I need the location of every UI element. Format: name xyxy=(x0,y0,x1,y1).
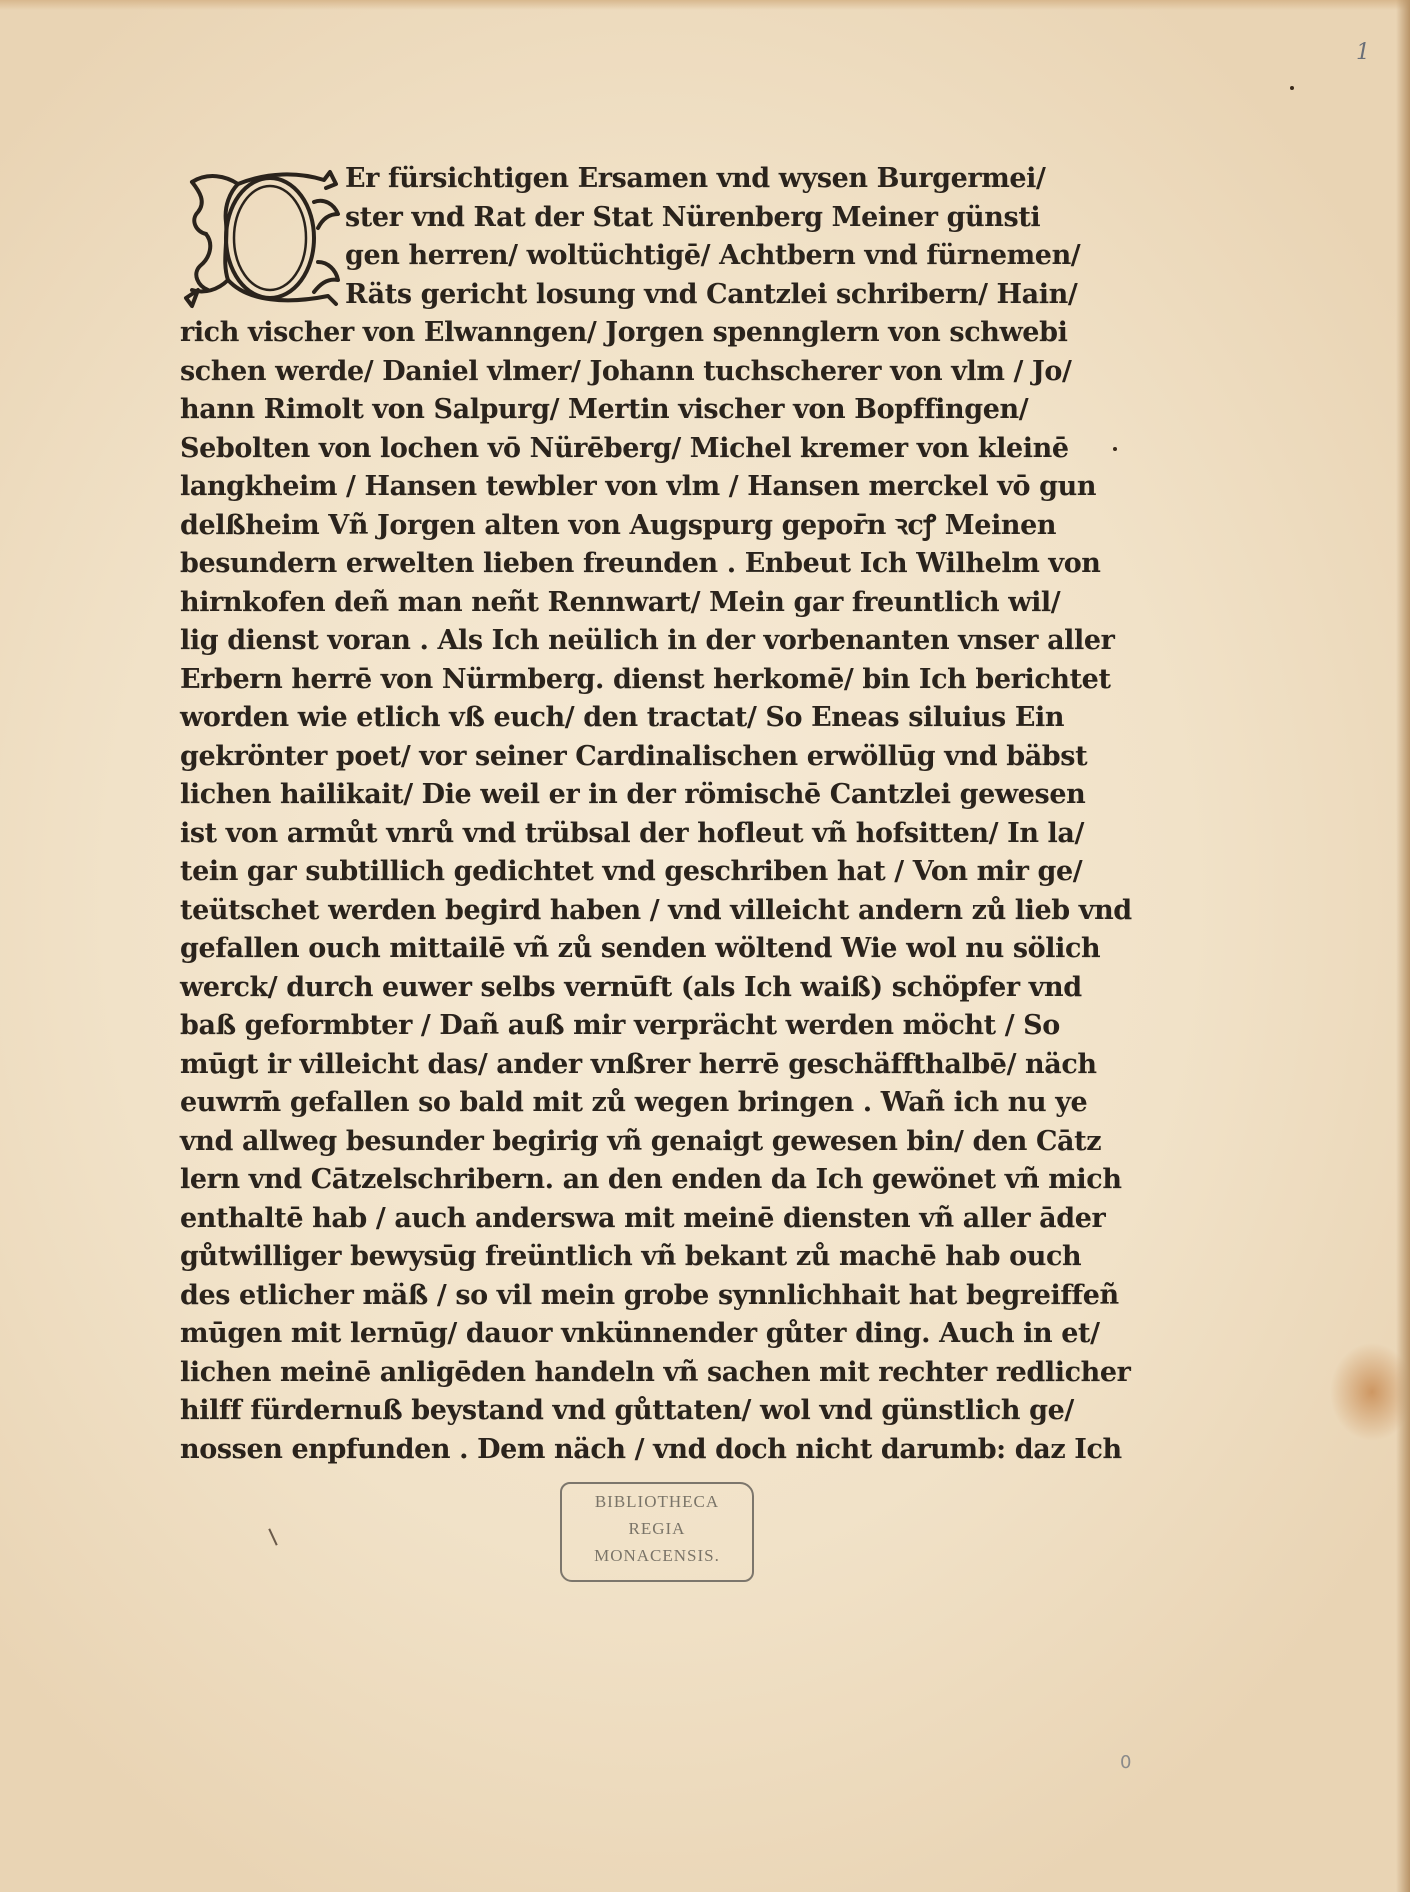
text-line: gefallen ouch mittailē vñ zů senden wölt… xyxy=(180,930,1080,969)
text-line: lichen meinē anligēden handeln vñ sachen… xyxy=(180,1354,1080,1393)
text-line: werck/ durch euwer selbs vernūft (als Ic… xyxy=(180,969,1080,1008)
text-line: vnd allweg besunder begirig vñ genaigt g… xyxy=(180,1123,1080,1162)
text-line: tein gar subtillich gedichtet vnd geschr… xyxy=(180,853,1080,892)
manuscript-page: 1 Er fürsichtigen Ersamen vnd wysen Burg… xyxy=(0,0,1410,1892)
stamp-line: BIBLIOTHECA xyxy=(562,1488,752,1515)
text-line: worden wie etlich vß euch/ den tractat/ … xyxy=(180,699,1080,738)
ink-speck xyxy=(1290,86,1294,90)
stamp-line: MONACENSIS. xyxy=(562,1542,752,1569)
page-top-edge xyxy=(0,0,1410,10)
text-line: des etlicher mäß / so vil mein grobe syn… xyxy=(180,1277,1080,1316)
text-line: mūgen mit lernūg/ dauor vnkünnender gůte… xyxy=(180,1315,1080,1354)
text-line: langkheim / Hansen tewbler von vlm / Han… xyxy=(180,468,1080,507)
folio-number: 1 xyxy=(1356,40,1370,65)
text-line: Erbern herrē von Nürmberg. dienst herkom… xyxy=(180,661,1080,700)
text-line: gůtwilliger bewysūg freüntlich vñ bekant… xyxy=(180,1238,1080,1277)
text-line: schen werde/ Daniel vlmer/ Johann tuchsc… xyxy=(180,353,1080,392)
text-line: lichen hailikait/ Die weil er in der röm… xyxy=(180,776,1080,815)
stamp-line: REGIA xyxy=(562,1515,752,1542)
text-line: Sebolten von lochen vō Nürēberg/ Michel … xyxy=(180,430,1080,469)
text-line: teütschet werden begird haben / vnd vill… xyxy=(180,892,1080,931)
text-line: ist von armůt vnrů vnd trübsal der hofle… xyxy=(180,815,1080,854)
text-line: rich vischer von Elwanngen/ Jorgen spenn… xyxy=(180,314,1080,353)
text-line: euwrm̄ gefallen so bald mit zů wegen bri… xyxy=(180,1084,1080,1123)
text-line: lern vnd Cātzelschribern. an den enden d… xyxy=(180,1161,1080,1200)
text-line: hirnkofen deñ man neñt Rennwart/ Mein ga… xyxy=(180,584,1080,623)
text-line: besundern erwelten lieben freunden . Enb… xyxy=(180,545,1080,584)
text-line: enthaltē hab / auch anderswa mit meinē d… xyxy=(180,1200,1080,1239)
ink-speck xyxy=(1113,447,1117,451)
page-right-edge xyxy=(1396,0,1410,1892)
text-line: gekrönter poet/ vor seiner Cardinalische… xyxy=(180,738,1080,777)
text-line: delßheim Vñ Jorgen alten von Augspurg ge… xyxy=(180,507,1080,546)
text-line: baß geformbter / Dañ auß mir verprächt w… xyxy=(180,1007,1080,1046)
pencil-mark: 0 xyxy=(1120,1752,1131,1773)
stray-mark xyxy=(268,1528,277,1545)
text-line: mūgt ir villeicht das/ ander vnßrer herr… xyxy=(180,1046,1080,1085)
library-stamp: BIBLIOTHECA REGIA MONACENSIS. xyxy=(560,1482,754,1582)
text-line: hann Rimolt von Salpurg/ Mertin vischer … xyxy=(180,391,1080,430)
text-line: nossen enpfunden . Dem näch / vnd doch n… xyxy=(180,1431,1080,1470)
printed-text-block: Er fürsichtigen Ersamen vnd wysen Burger… xyxy=(180,160,1080,1469)
ornamental-initial-d-icon xyxy=(178,162,343,310)
text-line: lig dienst voran . Als Ich neülich in de… xyxy=(180,622,1080,661)
text-line: hilff fürdernuß beystand vnd gůttaten/ w… xyxy=(180,1392,1080,1431)
